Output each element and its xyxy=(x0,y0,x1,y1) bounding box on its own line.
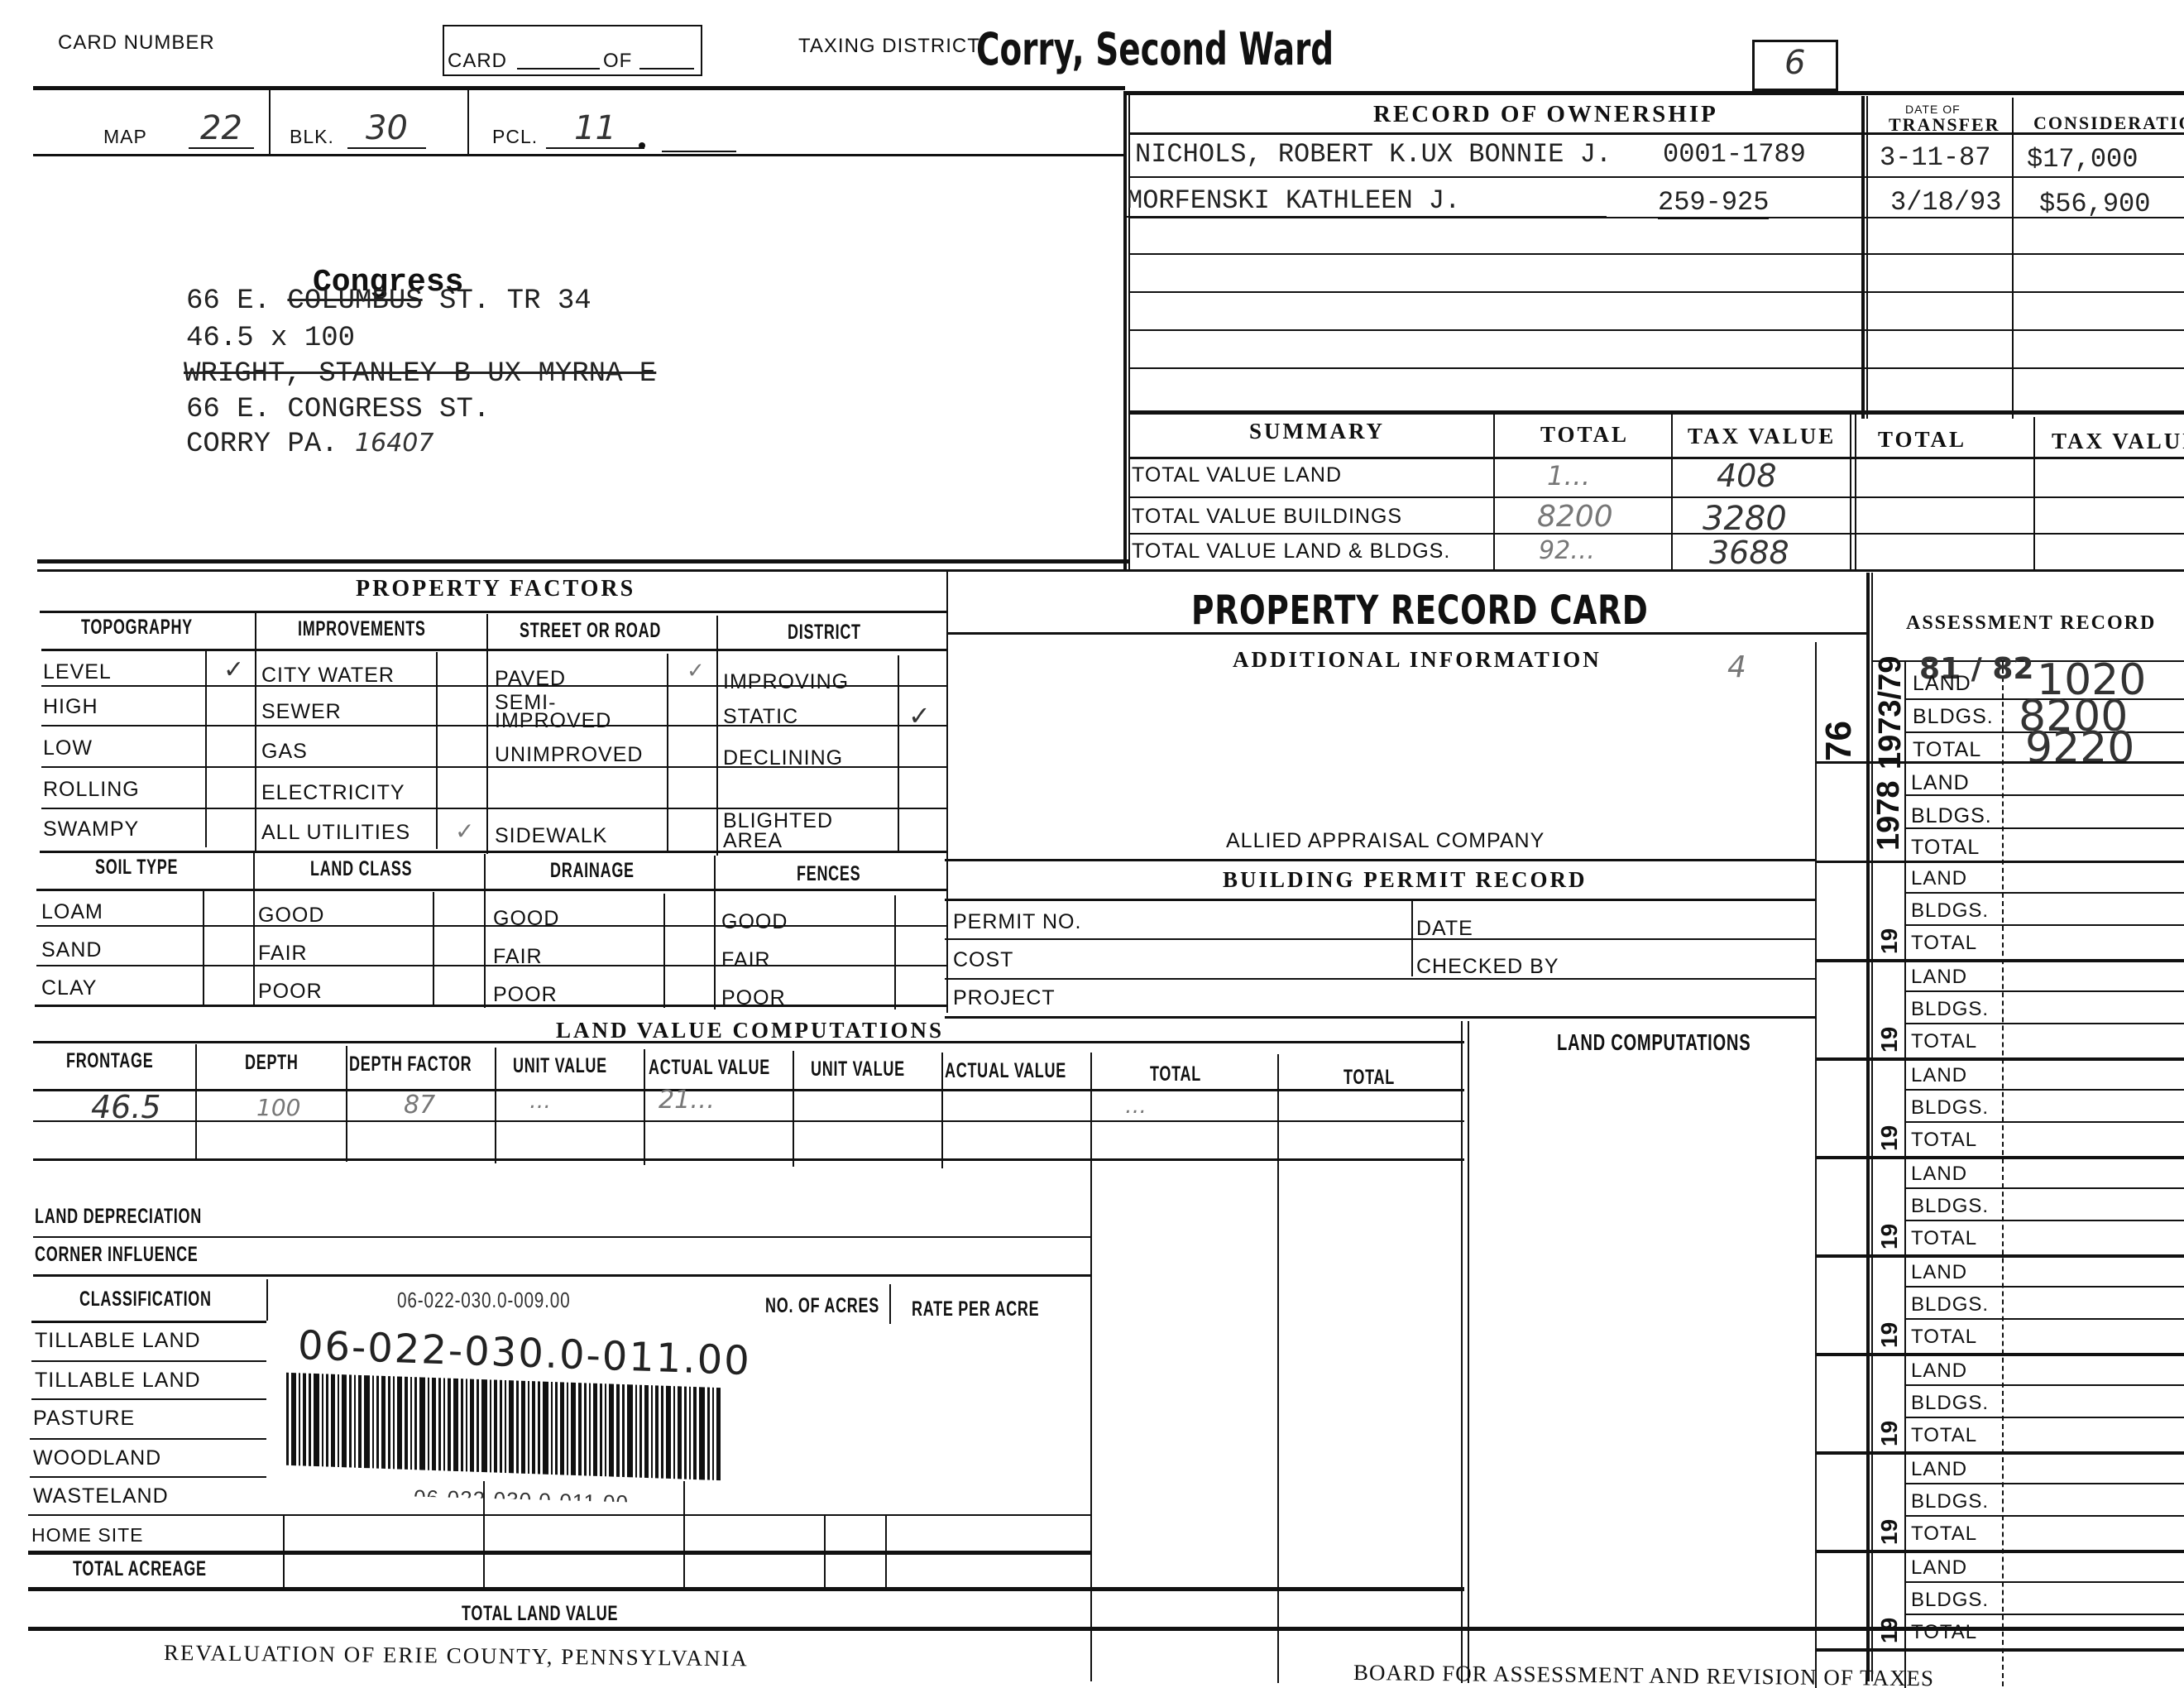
street-paved-check[interactable]: ✓ xyxy=(687,659,705,683)
lvc-total-value: … xyxy=(1125,1094,1147,1119)
assessment-row-label: TOTAL xyxy=(1911,1523,1977,1546)
divider xyxy=(946,571,948,1013)
assessment-value-cell[interactable] xyxy=(2004,1484,2184,1515)
barcode-bar xyxy=(358,1375,362,1468)
divider xyxy=(1128,291,2184,293)
assessment-value-cell[interactable] xyxy=(2004,1156,2184,1187)
classification-header: CLASSIFICATION xyxy=(79,1288,212,1312)
divider xyxy=(945,859,1817,861)
topography-high: HIGH xyxy=(43,695,98,719)
barcode-bar xyxy=(693,1387,697,1479)
barcode-bar xyxy=(661,1386,663,1479)
classification-row-tillable-2: TILLABLE LAND xyxy=(35,1369,201,1393)
divider xyxy=(36,925,946,927)
assessment-value-cell[interactable] xyxy=(2004,1122,2184,1153)
owner-name: MORFENSKI KATHLEEN J. xyxy=(1127,185,1607,218)
pcl-dot xyxy=(639,142,645,149)
divider xyxy=(28,1587,1464,1591)
land-class-poor: POOR xyxy=(258,980,323,1004)
barcode-bar xyxy=(448,1379,451,1471)
barcode-bar xyxy=(678,1386,682,1479)
barcode-bar xyxy=(490,1379,491,1472)
barcode-bar xyxy=(538,1381,540,1474)
divider xyxy=(945,938,1817,940)
drainage-good: GOOD xyxy=(493,907,559,931)
summary-total: 1… xyxy=(1547,460,1590,492)
improvements-all-utilities: ALL UTILITIES xyxy=(261,821,410,845)
assessment-row-label: LAND xyxy=(1911,1360,1967,1383)
assessment-value-cell[interactable] xyxy=(2004,1385,2184,1417)
assessment-row-label: BLDGS. xyxy=(1911,998,1989,1021)
divider xyxy=(824,1516,826,1587)
divider xyxy=(1128,533,2184,535)
ward-box-value: 6 xyxy=(1784,44,1805,82)
barcode-bar xyxy=(673,1386,675,1479)
owner-name: NICHOLS, ROBERT K.UX BONNIE J. xyxy=(1135,139,1612,170)
assessment-block: 19LANDBLDGS.TOTAL xyxy=(1817,1550,2184,1652)
total-acreage-label: TOTAL ACREAGE xyxy=(73,1557,207,1581)
assessment-year-prefix: 19 xyxy=(1876,1224,1903,1249)
assessment-value-cell[interactable] xyxy=(2004,1353,2184,1384)
assessment-block: 19LANDBLDGS.TOTAL xyxy=(1817,1353,2184,1455)
topography-rolling: ROLLING xyxy=(43,778,140,802)
divider xyxy=(33,1274,1092,1277)
divider xyxy=(1128,176,2184,178)
assessment-year-prefix: 19 xyxy=(1876,1421,1903,1446)
divider xyxy=(889,1284,891,1324)
assessment-value-cell[interactable] xyxy=(2004,1516,2184,1547)
divider xyxy=(1861,96,1865,419)
footer-left: REVALUATION OF ERIE COUNTY, PENNSYLVANIA xyxy=(164,1640,749,1671)
assessment-value-cell[interactable] xyxy=(2004,893,2184,924)
address-line-3-struck: WRIGHT, STANLEY B UX MYRNA E xyxy=(184,358,656,390)
divider xyxy=(283,1514,285,1587)
barcode-bar xyxy=(419,1377,425,1470)
divider xyxy=(28,1514,1092,1516)
barcode-bar xyxy=(651,1385,653,1478)
assessment-value-cell[interactable] xyxy=(2004,925,2184,957)
divider xyxy=(1855,414,1856,569)
zip-handwritten: 16407 xyxy=(355,429,433,458)
divider xyxy=(253,852,255,1006)
additional-info-mark: 4 xyxy=(1727,650,1746,684)
address-line-5: CORRY PA. 16407 xyxy=(186,429,433,460)
assessment-value-cell[interactable] xyxy=(2004,1417,2184,1449)
barcode-bar xyxy=(405,1377,408,1470)
barcode-bar xyxy=(516,1380,519,1473)
assessment-row-label: LAND xyxy=(1911,1556,1967,1580)
divider xyxy=(41,808,946,809)
all-utilities-check[interactable]: ✓ xyxy=(455,818,474,845)
barcode-bar xyxy=(689,1387,691,1479)
divider xyxy=(1128,410,2184,415)
divider xyxy=(2033,417,2035,569)
divider xyxy=(41,649,946,651)
drainage-header: DRAINAGE xyxy=(550,859,635,883)
assessment-row-label: LAND xyxy=(1911,966,1967,989)
divider xyxy=(37,559,1129,563)
address-line-4: 66 E. CONGRESS ST. xyxy=(186,394,490,425)
pcl-value[interactable]: 11 xyxy=(546,109,644,149)
assessment-value-cell[interactable] xyxy=(2004,1254,2184,1286)
barcode-bar xyxy=(627,1384,633,1477)
map-label: MAP xyxy=(103,126,147,148)
land-depreciation-label: LAND DEPRECIATION xyxy=(35,1205,202,1229)
assessment-value-cell[interactable] xyxy=(2004,861,2184,892)
divider xyxy=(667,654,668,851)
assessment-row-label: TOTAL xyxy=(1911,932,1977,955)
lvc-header-total-2: TOTAL xyxy=(1343,1066,1395,1090)
blk-value[interactable]: 30 xyxy=(347,109,426,149)
lvc-depth-factor-value: 87 xyxy=(404,1091,435,1120)
barcode-bar xyxy=(635,1385,637,1478)
drainage-poor: POOR xyxy=(493,983,558,1007)
property-record-card-title: PROPERTY RECORD CARD xyxy=(1191,587,1649,634)
barcode-bar xyxy=(567,1383,568,1475)
barcode-bar xyxy=(381,1376,386,1469)
barcode-bar xyxy=(364,1375,370,1468)
divider xyxy=(205,650,207,847)
summary-row-label: TOTAL VALUE LAND & BLDGS. xyxy=(1132,539,1450,563)
district-static-check[interactable]: ✓ xyxy=(908,700,931,731)
barcode-bar xyxy=(666,1386,671,1479)
of-label: OF xyxy=(603,50,632,73)
divider xyxy=(1128,496,2184,498)
divider xyxy=(885,1516,887,1587)
permit-checked-by-label[interactable]: CHECKED BY xyxy=(1416,955,1559,979)
barcode-bar xyxy=(578,1383,582,1475)
assessment-row-label: BLDGS. xyxy=(1911,1096,1989,1120)
barcode-bar xyxy=(600,1383,602,1476)
appraiser-name: ALLIED APPRAISAL COMPANY xyxy=(1226,829,1545,853)
divider xyxy=(30,1476,266,1478)
topography-low: LOW xyxy=(43,736,93,760)
divider xyxy=(266,1279,268,1321)
assessment-year-prefix: 19 xyxy=(1876,1027,1903,1053)
ward-box: 6 xyxy=(1752,40,1838,91)
city-state: CORRY PA. xyxy=(186,429,355,460)
summary-total-header-2: TOTAL xyxy=(1878,427,1966,453)
card-number-label: CARD NUMBER xyxy=(58,31,215,54)
assessment-value-cell[interactable] xyxy=(2004,959,2184,990)
lvc-header-actual-value-2: ACTUAL VALUE xyxy=(945,1059,1066,1083)
lvc-header-depth: DEPTH xyxy=(245,1051,299,1075)
divider xyxy=(28,1551,1092,1555)
barcode-bar xyxy=(644,1385,649,1478)
divider xyxy=(945,978,1817,980)
barcode-bar xyxy=(326,1374,328,1466)
assessment-block: 19LANDBLDGS.TOTAL xyxy=(1817,959,2184,1061)
ownership-title: RECORD OF OWNERSHIP xyxy=(1373,101,1718,128)
barcode-bar xyxy=(481,1379,487,1472)
barcode-bar xyxy=(410,1377,412,1470)
barcode-bar xyxy=(331,1374,335,1467)
assessment-row-label: BLDGS. xyxy=(1911,1293,1989,1316)
classification-row-pasture: PASTURE xyxy=(33,1407,135,1431)
barcode-bar xyxy=(322,1374,323,1466)
divider xyxy=(894,895,896,1009)
consideration: $17,000 xyxy=(2027,144,2138,175)
summary-total: 8200 xyxy=(1537,500,1613,534)
divider xyxy=(714,856,716,1009)
assessment-block: 19LANDBLDGS.TOTAL xyxy=(1817,1057,2184,1159)
district-improving: IMPROVING xyxy=(723,670,849,694)
barcode-bar xyxy=(309,1374,311,1466)
divider xyxy=(31,1360,266,1362)
summary-total: 92… xyxy=(1539,536,1595,565)
barcode-bar xyxy=(443,1378,445,1470)
assessment-row-label: BLDGS. xyxy=(1911,1589,1989,1612)
barcode-bar xyxy=(532,1381,535,1474)
land-class-good: GOOD xyxy=(258,904,324,928)
permit-no-label[interactable]: PERMIT NO. xyxy=(953,910,1081,934)
map-value[interactable]: 22 xyxy=(189,109,254,149)
barcode-bar xyxy=(432,1378,436,1470)
improvements-electricity: ELECTRICITY xyxy=(261,781,405,805)
additional-information-title: ADDITIONAL INFORMATION xyxy=(1233,647,1602,673)
divider xyxy=(33,1120,1464,1122)
lvc-unit-value: … xyxy=(529,1089,551,1114)
lvc-header-actual-value: ACTUAL VALUE xyxy=(649,1056,770,1080)
lvc-actual-value: 21… xyxy=(659,1086,715,1115)
assessment-value-cell[interactable] xyxy=(2004,1024,2184,1055)
summary-tax-value: 408 xyxy=(1717,458,1777,494)
divider xyxy=(41,766,946,768)
classification-row-tillable-1: TILLABLE LAND xyxy=(35,1329,201,1353)
barcode-bar xyxy=(589,1383,591,1476)
assessment-value-cell[interactable] xyxy=(2004,1090,2184,1121)
building-permit-title: BUILDING PERMIT RECORD xyxy=(1223,867,1588,893)
barcode-bar xyxy=(470,1379,474,1472)
barcode-bar xyxy=(438,1378,441,1470)
assessment-row-label: BLDGS. xyxy=(1911,1490,1989,1513)
divider xyxy=(33,1041,1464,1043)
divider xyxy=(1128,253,2184,255)
assessment-year-prefix: 19 xyxy=(1876,928,1903,954)
transfer-date: 3-11-87 xyxy=(1880,142,1990,173)
barcode-bar xyxy=(477,1379,479,1472)
barcode-bar xyxy=(616,1384,620,1477)
assessment-value-cell[interactable] xyxy=(2004,1220,2184,1252)
of-blank[interactable] xyxy=(639,68,694,70)
divider xyxy=(945,1016,1817,1019)
divider xyxy=(1128,457,2184,459)
divider xyxy=(1128,367,2184,369)
barcode-bar xyxy=(505,1380,506,1473)
barcode-bar xyxy=(509,1380,514,1473)
lvc-header-frontage: FRONTAGE xyxy=(66,1049,153,1073)
barcode-bar xyxy=(655,1385,659,1478)
soil-loam: LOAM xyxy=(41,900,103,924)
assessment-row-label: TOTAL xyxy=(1911,1326,1977,1349)
barcode-bar xyxy=(593,1383,597,1476)
barcode-bar xyxy=(521,1381,525,1474)
divider xyxy=(1904,794,2184,796)
divider xyxy=(346,1046,347,1162)
summary-title: SUMMARY xyxy=(1249,419,1385,444)
assessment-value-cell[interactable] xyxy=(2004,1319,2184,1350)
divider xyxy=(1128,217,2184,218)
assessment-value-cell[interactable] xyxy=(2004,1057,2184,1089)
pcl-label: PCL. xyxy=(492,126,538,148)
barcode-bar xyxy=(707,1388,710,1480)
barcode-bar xyxy=(342,1374,347,1467)
summary-row-label: TOTAL VALUE BUILDINGS xyxy=(1132,505,1402,529)
street-or-road-header: STREET OR ROAD xyxy=(520,619,661,643)
barcode-bar xyxy=(560,1382,564,1475)
divider xyxy=(2012,98,2014,419)
barcode-bar xyxy=(551,1382,553,1475)
assessment-value-cell[interactable] xyxy=(2004,1287,2184,1318)
divider xyxy=(37,569,2184,572)
barcode-bar xyxy=(338,1374,339,1467)
consideration-header: CONSIDERATION xyxy=(2033,113,2184,134)
card-blank[interactable] xyxy=(517,68,600,70)
assessment-block: 19LANDBLDGS.TOTAL xyxy=(1817,861,2184,962)
barcode-bar xyxy=(543,1382,548,1475)
land-class-fair: FAIR xyxy=(258,942,308,966)
assessment-value-cell[interactable] xyxy=(2004,1451,2184,1483)
divider xyxy=(716,616,718,856)
assessment-block: 19LANDBLDGS.TOTAL xyxy=(1817,1156,2184,1258)
street-paved: PAVED xyxy=(495,667,566,691)
assessment-land-label: LAND xyxy=(1911,771,1970,795)
rate-per-acre-header: RATE PER ACRE xyxy=(912,1297,1039,1321)
topography-level-check[interactable]: ✓ xyxy=(223,655,244,684)
barcode-bar xyxy=(388,1376,390,1469)
divider xyxy=(28,1627,2184,1631)
barcode-bar xyxy=(461,1379,463,1471)
divider xyxy=(1128,329,2184,331)
improvements-header: IMPROVEMENTS xyxy=(298,617,426,641)
street-sidewalk: SIDEWALK xyxy=(495,824,607,848)
barcode-bar xyxy=(584,1383,587,1475)
divider xyxy=(433,892,434,1006)
fences-header: FENCES xyxy=(797,862,860,886)
barcode-bar xyxy=(500,1380,502,1473)
assessment-year-2: 1978 xyxy=(1871,780,1907,851)
assessment-value-cell[interactable] xyxy=(2004,1188,2184,1220)
divider xyxy=(948,632,1866,635)
barcode-bar xyxy=(609,1383,614,1476)
divider xyxy=(1123,91,1127,569)
barcode-bar xyxy=(494,1380,497,1473)
divider xyxy=(33,1236,1092,1238)
barcode-bar xyxy=(571,1383,576,1475)
divider xyxy=(40,611,946,613)
barcode-bar xyxy=(684,1387,687,1479)
barcode-bar xyxy=(286,1373,289,1465)
assessment-value-cell[interactable] xyxy=(2004,1582,2184,1614)
divider xyxy=(41,725,946,727)
assessment-value-cell[interactable] xyxy=(2004,991,2184,1023)
barcode-bar xyxy=(466,1379,467,1471)
classification-row-wasteland: WASTELAND xyxy=(33,1484,169,1508)
barcode-bar xyxy=(393,1376,395,1469)
assessment-row-label: LAND xyxy=(1911,1163,1967,1186)
soil-sand: SAND xyxy=(41,938,102,962)
assessment-total-value: 9220 xyxy=(2025,723,2134,773)
summary-tax-value-header-2: TAX VALUE xyxy=(2052,429,2184,454)
divider xyxy=(644,1049,645,1165)
pcl-suffix-blank[interactable] xyxy=(662,151,736,152)
summary-total-header: TOTAL xyxy=(1540,422,1629,448)
divider xyxy=(1866,96,1868,419)
divider xyxy=(1128,132,2184,135)
assessment-land-label: LAND xyxy=(1913,672,1971,696)
assessment-row-label: TOTAL xyxy=(1911,1227,1977,1250)
barcode-bar xyxy=(291,1373,296,1465)
permit-date-label[interactable]: DATE xyxy=(1416,917,1473,941)
assessment-value-cell[interactable] xyxy=(2004,1550,2184,1581)
divider xyxy=(793,1051,794,1167)
lvc-header-unit-value-2: UNIT VALUE xyxy=(811,1057,905,1081)
header-rule xyxy=(33,86,1125,90)
divider xyxy=(941,1053,943,1168)
summary-tax-value-header: TAX VALUE xyxy=(1688,424,1836,449)
land-class-header: LAND CLASS xyxy=(310,857,412,881)
divider xyxy=(495,1048,496,1163)
assessment-row-label: LAND xyxy=(1911,1064,1967,1087)
assessment-row-label: LAND xyxy=(1911,1458,1967,1481)
street-unimproved: UNIMPROVED xyxy=(495,743,643,767)
assessment-total-label: TOTAL xyxy=(1913,738,1981,762)
barcode-bar xyxy=(303,1373,306,1465)
barcode-bar xyxy=(712,1388,714,1480)
divider xyxy=(41,685,946,687)
divider xyxy=(269,88,271,154)
barcode-bar xyxy=(699,1387,705,1479)
improvements-gas: GAS xyxy=(261,740,308,764)
topography-level: LEVEL xyxy=(43,660,112,684)
blk-label: BLK. xyxy=(290,126,334,148)
district-blighted-area: BLIGHTED AREA xyxy=(723,811,888,851)
classification-row-home-site: HOME SITE xyxy=(31,1524,144,1547)
divider xyxy=(31,1321,266,1323)
divider xyxy=(467,89,469,156)
address-line-1: 66 E. COLUMBUS ST. TR 34 xyxy=(186,285,591,317)
divider xyxy=(31,1398,266,1400)
parcel-printed-id: 06-022-030.0-011.00 xyxy=(414,1485,630,1517)
topography-header: TOPOGRAPHY xyxy=(81,616,193,640)
divider xyxy=(683,1481,685,1587)
assessment-row-label: TOTAL xyxy=(1911,1030,1977,1053)
divider xyxy=(436,652,438,849)
permit-project-label[interactable]: PROJECT xyxy=(953,986,1056,1010)
topography-swampy: SWAMPY xyxy=(43,818,139,842)
permit-cost-label[interactable]: COST xyxy=(953,948,1013,972)
assessment-bldgs-label: BLDGS. xyxy=(1911,804,1992,828)
address-suffix: ST. TR 34 xyxy=(423,285,591,317)
address-struck-street: COLUMBUS xyxy=(287,285,422,317)
barcode-bar xyxy=(354,1375,356,1468)
footer-right: BOARD FOR ASSESSMENT AND REVISION OF TAX… xyxy=(1353,1660,1934,1688)
assessment-year-prefix: 19 xyxy=(1876,1519,1903,1545)
address-prefix: 66 E. xyxy=(186,285,287,317)
consideration: $56,900 xyxy=(2039,189,2150,219)
deed-book: 0001-1789 xyxy=(1663,139,1806,170)
barcode xyxy=(286,1373,723,1480)
assessment-row-label: TOTAL xyxy=(1911,1621,1977,1644)
property-factors-title: PROPERTY FACTORS xyxy=(356,576,635,602)
barcode-bar xyxy=(605,1383,606,1476)
barcode-bar xyxy=(622,1384,625,1477)
summary-tax-value: 3688 xyxy=(1709,535,1789,571)
improvements-city-water: CITY WATER xyxy=(261,664,395,688)
assessment-total-label: TOTAL xyxy=(1911,836,1980,860)
divider xyxy=(663,894,665,1008)
divider xyxy=(40,851,946,853)
